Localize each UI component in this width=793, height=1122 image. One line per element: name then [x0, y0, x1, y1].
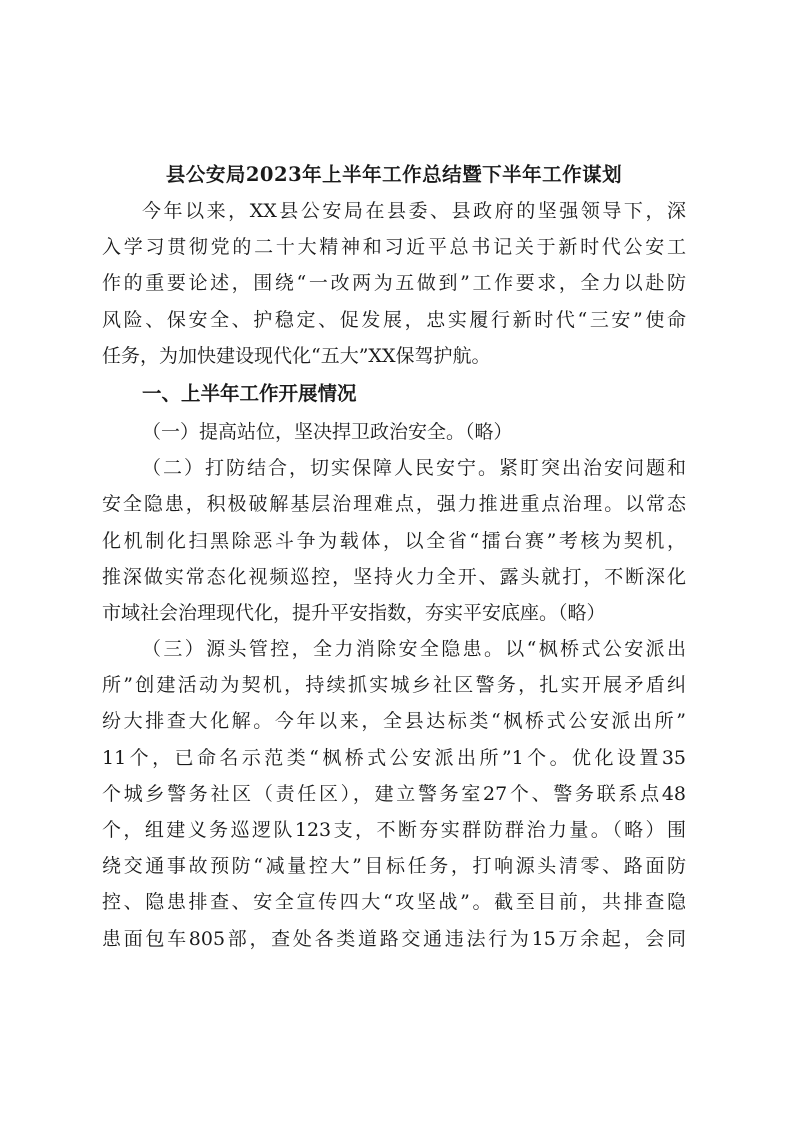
document-body: 县公安局2023年上半年工作总结暨下半年工作谋划 今年以来，XX县公安局在县委、…: [102, 157, 686, 957]
section-item-3: （三）源头管控，全力消除安全隐患。以“枫桥式公安派出 所”创建活动为契机，持续抓…: [102, 631, 686, 957]
item-3-line-7: 绕交通事故预防“减量控大”目标任务，打响源头清零、路面防: [102, 848, 686, 884]
item-3-line-6: 个，组建义务巡逻队123支，不断夯实群防群治力量。（略）围: [102, 812, 686, 848]
item-1-line-1: （一）提高站位，坚决捍卫政治安全。（略）: [102, 414, 686, 450]
document-title: 县公安局2023年上半年工作总结暨下半年工作谋划: [102, 157, 686, 193]
item-2-line-1: （二）打防结合，切实保障人民安宁。紧盯突出治安问题和: [102, 450, 686, 486]
intro-line-2: 入学习贯彻党的二十大精神和习近平总书记关于新时代公安工: [102, 229, 686, 265]
intro-line-4: 风险、保安全、护稳定、促发展，忠实履行新时代“三安”使命: [102, 302, 686, 338]
intro-paragraph: 今年以来，XX县公安局在县委、县政府的坚强领导下，深 入学习贯彻党的二十大精神和…: [102, 193, 686, 374]
item-2-line-3: 化机制化扫黑除恶斗争为载体，以全省“擂台赛”考核为契机，: [102, 523, 686, 559]
item-2-line-5: 市域社会治理现代化，提升平安指数，夯实平安底座。（略）: [102, 595, 686, 631]
document-page: 县公安局2023年上半年工作总结暨下半年工作谋划 今年以来，XX县公安局在县委、…: [0, 0, 793, 1122]
section-heading: 一、上半年工作开展情况: [102, 374, 686, 414]
item-3-line-9: 患面包车805部，查处各类道路交通违法行为15万余起，会同: [102, 921, 686, 957]
item-3-line-1: （三）源头管控，全力消除安全隐患。以“枫桥式公安派出: [102, 631, 686, 667]
intro-line-5: 任务，为加快建设现代化“五大”XX保驾护航。: [102, 338, 686, 374]
item-3-line-8: 控、隐患排查、安全宣传四大“攻坚战”。截至目前，共排查隐: [102, 884, 686, 920]
item-3-line-4: 11个，已命名示范类“枫桥式公安派出所”1个。优化设置35: [102, 740, 686, 776]
intro-line-1: 今年以来，XX县公安局在县委、县政府的坚强领导下，深: [102, 193, 686, 229]
item-2-line-4: 推深做实常态化视频巡控，坚持火力全开、露头就打，不断深化: [102, 559, 686, 595]
section-item-2: （二）打防结合，切实保障人民安宁。紧盯突出治安问题和 安全隐患，积极破解基层治理…: [102, 450, 686, 631]
item-3-line-5: 个城乡警务社区（责任区），建立警务室27个、警务联系点48: [102, 776, 686, 812]
item-2-line-2: 安全隐患，积极破解基层治理难点，强力推进重点治理。以常态: [102, 486, 686, 522]
section-item-1: （一）提高站位，坚决捍卫政治安全。（略）: [102, 414, 686, 450]
item-3-line-2: 所”创建活动为契机，持续抓实城乡社区警务，扎实开展矛盾纠: [102, 667, 686, 703]
intro-line-3: 作的重要论述，围绕“一改两为五做到”工作要求，全力以赴防: [102, 265, 686, 301]
item-3-line-3: 纷大排查大化解。今年以来，全县达标类“枫桥式公安派出所”: [102, 703, 686, 739]
